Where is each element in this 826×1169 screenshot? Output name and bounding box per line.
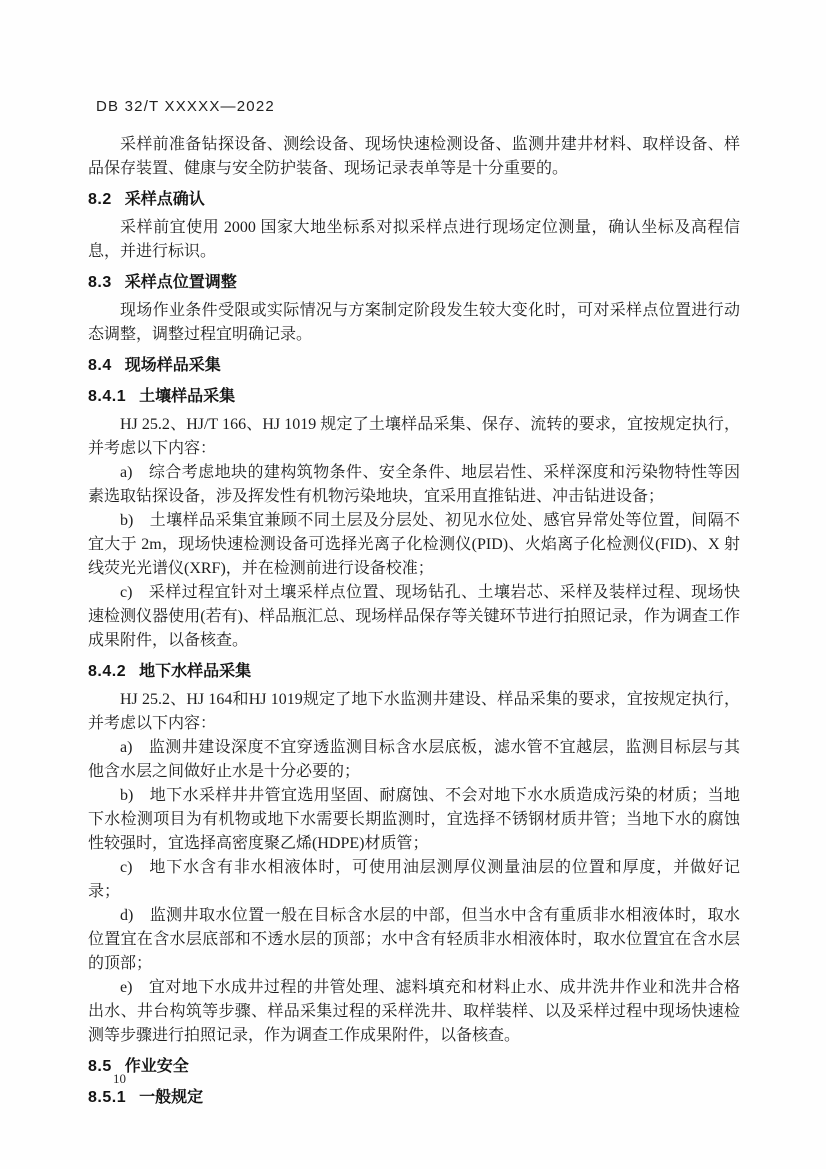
paragraph-equipment-preparation: 采样前准备钻探设备、测绘设备、现场快速检测设备、监测井建井材料、取样设备、样品保… [88, 133, 740, 181]
heading-title: 土壤样品采集 [139, 388, 235, 405]
heading-number: 8.2 [88, 191, 112, 208]
list-text: 监测井建设深度不宜穿透监测目标含水层底板，滤水管不宜越层，监测目标层与其他含水层… [88, 739, 740, 780]
heading-8-5: 8.5作业安全 [88, 1055, 740, 1079]
document-code-header: DB 32/T XXXXX—2022 [96, 97, 740, 117]
paragraph-sampling-point-adjustment: 现场作业条件受限或实际情况与方案制定阶段发生较大变化时，可对采样点位置进行动态调… [88, 299, 740, 347]
list-marker: d) [120, 907, 133, 924]
list-text: 监测井取水位置一般在目标含水层的中部，但当水中含有重质非水相液体时，取水位置宜在… [88, 907, 740, 972]
heading-8-3: 8.3采样点位置调整 [88, 271, 740, 295]
paragraph-sampling-point-confirmation: 采样前宜使用 2000 国家大地坐标系对拟采样点进行现场定位测量，确认坐标及高程… [88, 216, 740, 264]
heading-title: 一般规定 [139, 1089, 203, 1106]
heading-number: 8.4.1 [88, 388, 126, 405]
heading-number: 8.4 [88, 357, 112, 374]
heading-8-5-1: 8.5.1一般规定 [88, 1086, 740, 1110]
list-item-gw-d: d)监测井取水位置一般在目标含水层的中部，但当水中含有重质非水相液体时，取水位置… [88, 904, 740, 976]
heading-8-4-2: 8.4.2地下水样品采集 [88, 660, 740, 684]
heading-number: 8.3 [88, 274, 112, 291]
list-marker: a) [120, 464, 132, 481]
heading-8-4: 8.4现场样品采集 [88, 354, 740, 378]
list-text: 地下水采样井井管宜选用坚固、耐腐蚀、不会对地下水水质造成污染的材质；当地下水检测… [88, 787, 740, 852]
list-marker: b) [120, 512, 133, 529]
heading-title: 采样点确认 [125, 191, 205, 208]
list-text: 综合考虑地块的建构筑物条件、安全条件、地层岩性、采样深度和污染物特性等因素选取钻… [88, 464, 740, 505]
list-item-gw-a: a)监测井建设深度不宜穿透监测目标含水层底板，滤水管不宜越层，监测目标层与其他含… [88, 736, 740, 784]
list-item-gw-c: c)地下水含有非水相液体时，可使用油层测厚仪测量油层的位置和厚度，并做好记录； [88, 856, 740, 904]
heading-number: 8.5.1 [88, 1089, 126, 1106]
heading-title: 现场样品采集 [125, 357, 221, 374]
heading-title: 地下水样品采集 [139, 663, 251, 680]
heading-title: 作业安全 [125, 1058, 189, 1075]
list-marker: c) [120, 859, 132, 876]
list-item-gw-b: b)地下水采样井井管宜选用坚固、耐腐蚀、不会对地下水水质造成污染的材质；当地下水… [88, 784, 740, 856]
heading-8-4-1: 8.4.1土壤样品采集 [88, 385, 740, 409]
list-text: 地下水含有非水相液体时，可使用油层测厚仪测量油层的位置和厚度，并做好记录； [88, 859, 740, 900]
list-item-soil-a: a)综合考虑地块的建构筑物条件、安全条件、地层岩性、采样深度和污染物特性等因素选… [88, 461, 740, 509]
heading-number: 8.4.2 [88, 663, 126, 680]
list-marker: a) [120, 739, 132, 756]
list-item-gw-e: e)宜对地下水成井过程的井管处理、滤料填充和材料止水、成井洗井作业和洗井合格出水… [88, 976, 740, 1048]
list-text: 土壤样品采集宜兼顾不同土层及分层处、初见水位处、感官异常处等位置，间隔不宜大于 … [88, 512, 740, 577]
document-content: DB 32/T XXXXX—2022 采样前准备钻探设备、测绘设备、现场快速检测… [88, 97, 740, 1114]
heading-8-2: 8.2采样点确认 [88, 188, 740, 212]
list-item-soil-b: b)土壤样品采集宜兼顾不同土层及分层处、初见水位处、感官异常处等位置，间隔不宜大… [88, 509, 740, 581]
list-marker: b) [120, 787, 133, 804]
list-marker: c) [120, 584, 132, 601]
paragraph-soil-sampling-intro: HJ 25.2、HJ/T 166、HJ 1019 规定了土壤样品采集、保存、流转… [88, 413, 740, 461]
page-number: 10 [113, 1071, 126, 1087]
list-text: 宜对地下水成井过程的井管处理、滤料填充和材料止水、成井洗井作业和洗井合格出水、井… [88, 979, 740, 1044]
list-text: 采样过程宜针对土壤采样点位置、现场钻孔、土壤岩芯、采样及装样过程、现场快速检测仪… [88, 584, 740, 649]
document-page: DB 32/T XXXXX—2022 采样前准备钻探设备、测绘设备、现场快速检测… [0, 0, 826, 1169]
list-marker: e) [120, 979, 132, 996]
list-item-soil-c: c)采样过程宜针对土壤采样点位置、现场钻孔、土壤岩芯、采样及装样过程、现场快速检… [88, 581, 740, 653]
heading-title: 采样点位置调整 [125, 274, 237, 291]
paragraph-groundwater-sampling-intro: HJ 25.2、HJ 164和HJ 1019规定了地下水监测井建设、样品采集的要… [88, 688, 740, 736]
heading-number: 8.5 [88, 1058, 112, 1075]
